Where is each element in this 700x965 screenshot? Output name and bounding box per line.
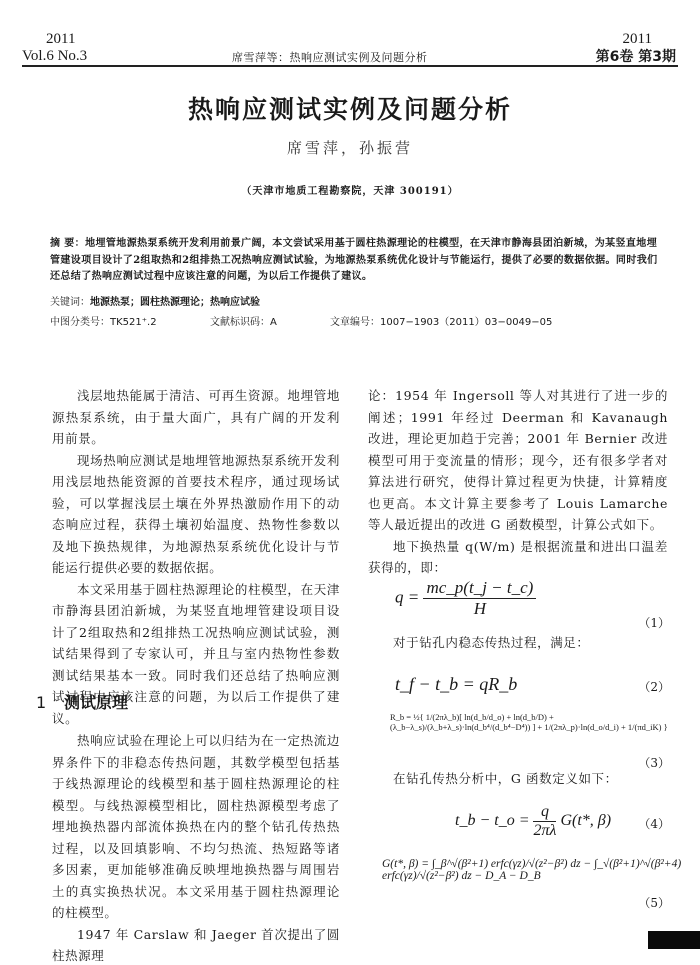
paragraph: 在钻孔传热分析中，G 函数定义如下： <box>368 768 668 790</box>
section-number: 1 <box>36 693 64 712</box>
clc-number: 中图分类号：TK521⁺.2 <box>50 313 157 328</box>
abstract: 摘 要：地埋管地源热泵系统开发利用前景广阔，本文尝试采用基于圆柱热源理论的柱模型… <box>50 236 658 286</box>
section-heading: 1测试原理 <box>36 690 128 713</box>
abstract-label: 摘 要： <box>50 238 85 249</box>
equation-1: q = mc_p(t_j − t_c) H <box>395 578 536 619</box>
header-left: 2011 Vol.6 No.3 <box>22 31 87 65</box>
document-code: 文献标识码：A <box>210 313 277 328</box>
right-column-text: 对于钻孔内稳态传热过程，满足： <box>368 632 668 654</box>
equation-3: R_b = ½{ 1/(2πλ_b)[ ln(d_b/d_o) + ln(d_b… <box>390 712 680 732</box>
paragraph: 浅层地热能属于清洁、可再生资源。地埋管地源热泵系统，由于量大面广，具有广阔的开发… <box>52 385 340 450</box>
equation-2: t_f − t_b = qR_b <box>395 674 517 695</box>
header-right-volume: 第6卷 第3期 <box>596 49 676 65</box>
keywords-label: 关键词： <box>50 297 90 308</box>
paragraph: 热响应试验在理论上可以归结为在一定热流边界条件下的非稳态传热问题，其数学模型包括… <box>52 730 340 924</box>
paragraph: 地下换热量 q(W/m) 是根据流量和进出口温差获得的，即： <box>368 536 668 579</box>
header-left-year: 2011 <box>22 31 87 48</box>
running-title: 席雪萍等：热响应测试实例及问题分析 <box>232 49 428 65</box>
left-column-intro: 浅层地热能属于清洁、可再生资源。地埋管地源热泵系统，由于量大面广，具有广阔的开发… <box>52 385 340 729</box>
equation-4: t_b − t_o = q 2πλ G(t*, β) <box>455 803 611 840</box>
paragraph: 1947 年 Carslaw 和 Jaeger 首次提出了圆柱热源理 <box>52 924 340 965</box>
paragraph: 论：1954 年 Ingersoll 等人对其进行了进一步的阐述；1991 年经… <box>368 385 668 536</box>
keywords-text: 地源热泵；圆柱热源理论；热响应试验 <box>90 297 260 308</box>
abstract-text: 地埋管地源热泵系统开发利用前景广阔，本文尝试采用基于圆柱热源理论的柱模型，在天津… <box>50 238 658 282</box>
paragraph: 对于钻孔内稳态传热过程，满足： <box>368 632 668 654</box>
header-divider <box>22 65 678 67</box>
equation-5-number: （5） <box>638 894 670 911</box>
paper-title: 热响应测试实例及问题分析 <box>0 90 700 126</box>
equation-2-number: （2） <box>638 678 670 695</box>
right-column-text: 在钻孔传热分析中，G 函数定义如下： <box>368 768 668 790</box>
left-column-section: 热响应试验在理论上可以归结为在一定热流边界条件下的非稳态传热问题，其数学模型包括… <box>52 730 340 965</box>
running-header: 2011 Vol.6 No.3 席雪萍等：热响应测试实例及问题分析 2011 第… <box>0 0 700 64</box>
header-right: 2011 第6卷 第3期 <box>596 31 676 66</box>
equation-4-number: （4） <box>638 815 670 832</box>
author-affiliation: （天津市地质工程勘察院，天津 300191） <box>0 182 700 197</box>
page-marker-block <box>648 931 700 949</box>
header-left-volume: Vol.6 No.3 <box>22 48 87 64</box>
right-column-text: 论：1954 年 Ingersoll 等人对其进行了进一步的阐述；1991 年经… <box>368 385 668 579</box>
section-title: 测试原理 <box>64 693 128 712</box>
header-right-year: 2011 <box>596 31 676 48</box>
paper-authors: 席雪萍，孙振营 <box>0 137 700 158</box>
paragraph: 现场热响应测试是地埋管地源热泵系统开发利用浅层地热能资源的首要技术程序，通过现场… <box>52 450 340 579</box>
keywords: 关键词：地源热泵；圆柱热源理论；热响应试验 <box>50 293 260 308</box>
equation-1-number: （1） <box>638 614 670 631</box>
equation-5: G(t*, β) = ∫_β^√(β²+1) erfc(γz)/√(z²−β²)… <box>382 858 692 882</box>
article-number: 文章编号：1007−1903（2011）03−0049−05 <box>330 313 552 328</box>
